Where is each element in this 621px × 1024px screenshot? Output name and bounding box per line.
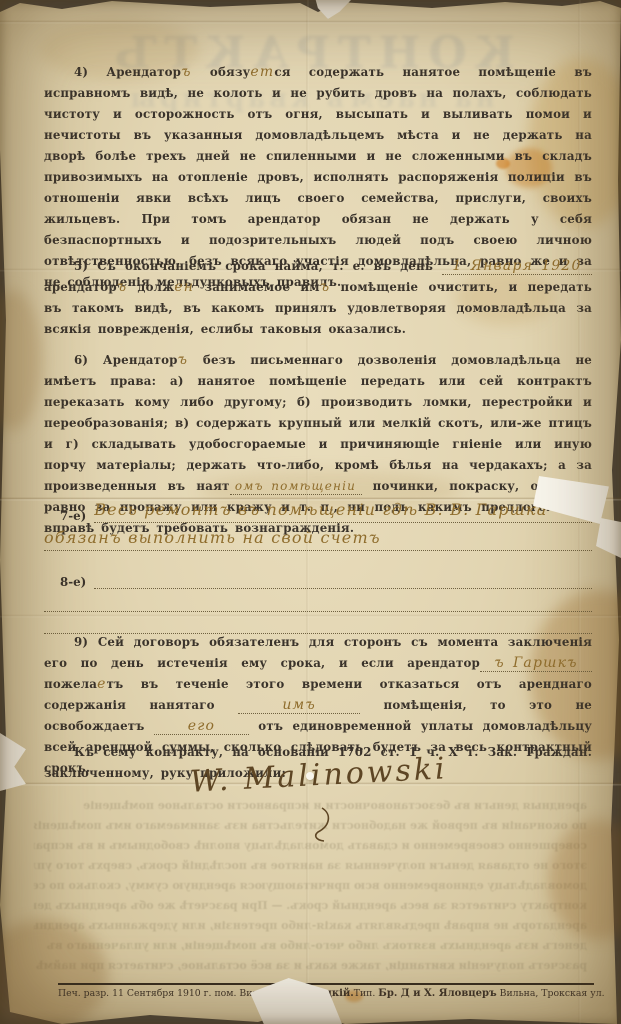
bleedthrough-line: арендаторъ не вправѣ предъявлять какія-л…	[34, 916, 587, 936]
printed-text: обязу	[192, 65, 251, 79]
clause-8-label: 8-е)	[44, 575, 86, 589]
handwritten-insertion: имъ	[282, 697, 316, 713]
photo-of-contract: { "page": { "description": "Aged pre-rev…	[0, 0, 621, 1024]
handwritten-insertion: ъ	[178, 352, 189, 368]
bleedthrough-line: по окончаніи въ первой же надобности жит…	[34, 816, 587, 836]
printed-text: 4) Арендатор	[74, 65, 181, 79]
bleedthrough-line: контракту считается за весь арендный сро…	[34, 896, 587, 916]
dotted-line	[44, 611, 592, 634]
signature-flourish	[312, 806, 338, 846]
handwritten-insertion: омъ помѣщеніи	[235, 479, 356, 493]
inline-blank: имъ	[238, 698, 360, 714]
imprint-left-bold: Зубрицкій.	[290, 988, 354, 999]
clause-7-row-1: 7-е) Весь ремонтъ въ помѣщеніи гдѣ В. В.…	[44, 500, 592, 523]
bleedthrough-line: домовладѣльцу единовременно всю причитаю…	[34, 876, 587, 896]
clause-5-paragraph: 5) Съ окончаніемъ срока найма, т. е. въ …	[44, 256, 592, 340]
handwritten-insertion: ъ Гаршкъ	[494, 655, 577, 671]
imprint-left: Печ. разр. 11 Сентября 1910 г. пом. Вил.…	[58, 988, 354, 999]
inline-blank: его	[154, 719, 249, 735]
handwritten-clause-7-line-2: обязанъ выполнить на свой счетъ	[44, 528, 381, 547]
inline-blank: ъ Гаршкъ	[480, 656, 592, 672]
imprint-right: Тип. Бр. Д и Х. Яловцеръ Вильна, Трокска…	[354, 988, 605, 999]
handwritten-insertion: его	[188, 718, 215, 734]
clause-8-row-1: 8-е)	[44, 566, 592, 589]
clause-7-row-2: обязанъ выполнить на свой счетъ	[44, 528, 592, 551]
imprint-right-text: Тип.	[354, 988, 379, 999]
bleedthrough-line: совершенно своевременно и сдавать домовл…	[34, 836, 587, 856]
handwritten-insertion: ен	[174, 279, 194, 295]
bleedthrough-line: арендныя деньги въ безостановочности и и…	[34, 796, 587, 816]
printed-text: 6) Арендатор	[74, 353, 178, 367]
handwritten-insertion: ет	[250, 64, 274, 80]
handwritten-insertion: е	[97, 676, 107, 692]
printed-text: пожела	[44, 677, 97, 691]
dotted-line: обязанъ выполнить на свой счетъ	[44, 528, 592, 551]
bleedthrough-line: разсчетъ полученіи квитанціи, также какъ…	[34, 956, 587, 976]
bleedthrough-text-block: арендныя деньги въ безостановочности и и…	[34, 796, 587, 976]
clause-8-row-3	[44, 611, 592, 634]
handwritten-date: 1 Января 1920	[452, 258, 581, 274]
printer-imprint: Печ. разр. 11 Сентября 1910 г. пом. Вил.…	[58, 983, 594, 999]
printed-text: арендатор	[44, 280, 117, 294]
handwritten-insertion: ъ	[320, 279, 331, 295]
clause-8-row-2	[44, 589, 592, 612]
dotted-line: Весь ремонтъ въ помѣщеніи гдѣ В. В. Гарш…	[94, 500, 592, 523]
imprint-left-text: Печ. разр. 11 Сентября 1910 г. пом. Вил.…	[58, 988, 290, 999]
dotted-line	[44, 589, 592, 612]
handwritten-insertion: ъ	[181, 64, 192, 80]
clause-7-label: 7-е)	[44, 509, 86, 523]
dotted-line	[94, 566, 592, 589]
printed-text: 5) Съ окончаніемъ срока найма, т. е. въ …	[74, 259, 442, 273]
printed-text: долж	[127, 280, 174, 294]
bleedthrough-line: денегъ изъ арендныхъ взятокъ либо чего-л…	[34, 936, 587, 956]
date-blank: 1 Января 1920	[442, 259, 592, 275]
imprint-right-suffix: Вильна, Трокская ул.	[497, 988, 605, 999]
inline-blank: омъ помѣщеніи	[230, 479, 362, 495]
handwritten-insertion: ъ	[117, 279, 128, 295]
bleedthrough-line: этого не отдавая деньги полученныя за на…	[34, 856, 587, 876]
imprint-right-bold: Бр. Д и Х. Яловцеръ	[378, 988, 496, 999]
printed-text: занимаемое им	[194, 280, 319, 294]
printed-text: безъ письменнаго дозволенія домовладѣльц…	[44, 353, 592, 493]
handwritten-clause-7-line-1: Весь ремонтъ въ помѣщеніи гдѣ В. В. Гарш…	[94, 500, 547, 519]
